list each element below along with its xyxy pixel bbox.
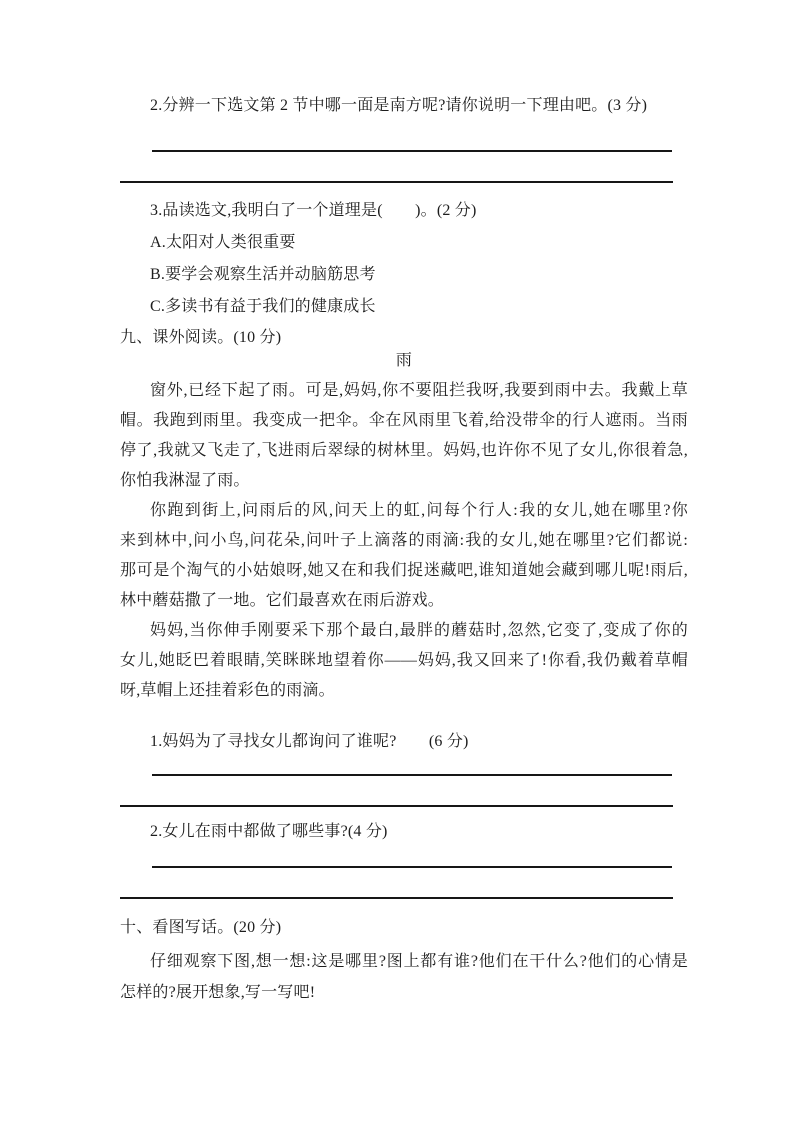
passage-line: 女儿,她眨巴着眼睛,笑眯眯地望着你——妈妈,我又回来了!你看,我仍戴着草帽 [120,646,688,676]
answer-blank-line [152,774,672,776]
instruction-line: 怎样的?展开想象,写一写吧! [120,978,315,1008]
answer-blank-line [152,866,672,868]
passage-line: 那可是个淘气的小姑娘呀,她又在和我们捉迷藏吧,谁知道她会藏到哪儿呢!雨后, [120,556,688,586]
reading-question-2: 2.女儿在雨中都做了哪些事?(4 分) [150,817,388,847]
passage-line: 林中蘑菇撒了一地。它们最喜欢在雨后游戏。 [120,586,444,616]
passage-line: 来到林中,问小鸟,问花朵,问叶子上滴落的雨滴:我的女儿,她在哪里?它们都说: [120,526,688,556]
passage-line: 停了,我就又飞走了,飞进雨后翠绿的树林里。妈妈,也许你不见了女儿,你很着急, [120,436,688,466]
exam-page: 2.分辨一下选文第 2 节中哪一面是南方呢?请你说明一下理由吧。(3 分) 3.… [0,0,793,1122]
passage-line: 帽。我跑到雨里。我变成一把伞。伞在风雨里飞着,给没带伞的行人遮雨。当雨 [120,406,688,436]
instruction-line: 仔细观察下图,想一想:这是哪里?图上都有谁?他们在干什么?他们的心情是 [150,947,688,977]
passage-title: 雨 [120,346,688,376]
section-ten-heading: 十、看图写话。(20 分) [120,913,281,943]
passage-line: 你怕我淋湿了雨。 [120,466,250,496]
passage-line: 呀,草帽上还挂着彩色的雨滴。 [120,676,335,706]
answer-blank-line [152,150,672,152]
option-c: C.多读书有益于我们的健康成长 [150,292,376,322]
answer-blank-line [120,181,673,183]
passage-line: 你跑到街上,问雨后的风,问天上的虹,问每个行人:我的女儿,她在哪里?你 [150,496,688,526]
question-2-text: 2.分辨一下选文第 2 节中哪一面是南方呢?请你说明一下理由吧。(3 分) [150,91,647,121]
answer-blank-line [120,897,673,899]
question-3-text: 3.品读选文,我明白了一个道理是( )。(2 分) [150,196,477,226]
passage-line: 窗外,已经下起了雨。可是,妈妈,你不要阻拦我呀,我要到雨中去。我戴上草 [150,376,688,406]
option-a: A.太阳对人类很重要 [150,228,296,258]
passage-line: 妈妈,当你伸手刚要采下那个最白,最胖的蘑菇时,忽然,它变了,变成了你的 [150,616,688,646]
answer-blank-line [120,805,673,807]
option-b: B.要学会观察生活并动脑筋思考 [150,260,376,290]
reading-question-1: 1.妈妈为了寻找女儿都询问了谁呢? (6 分) [150,727,469,757]
